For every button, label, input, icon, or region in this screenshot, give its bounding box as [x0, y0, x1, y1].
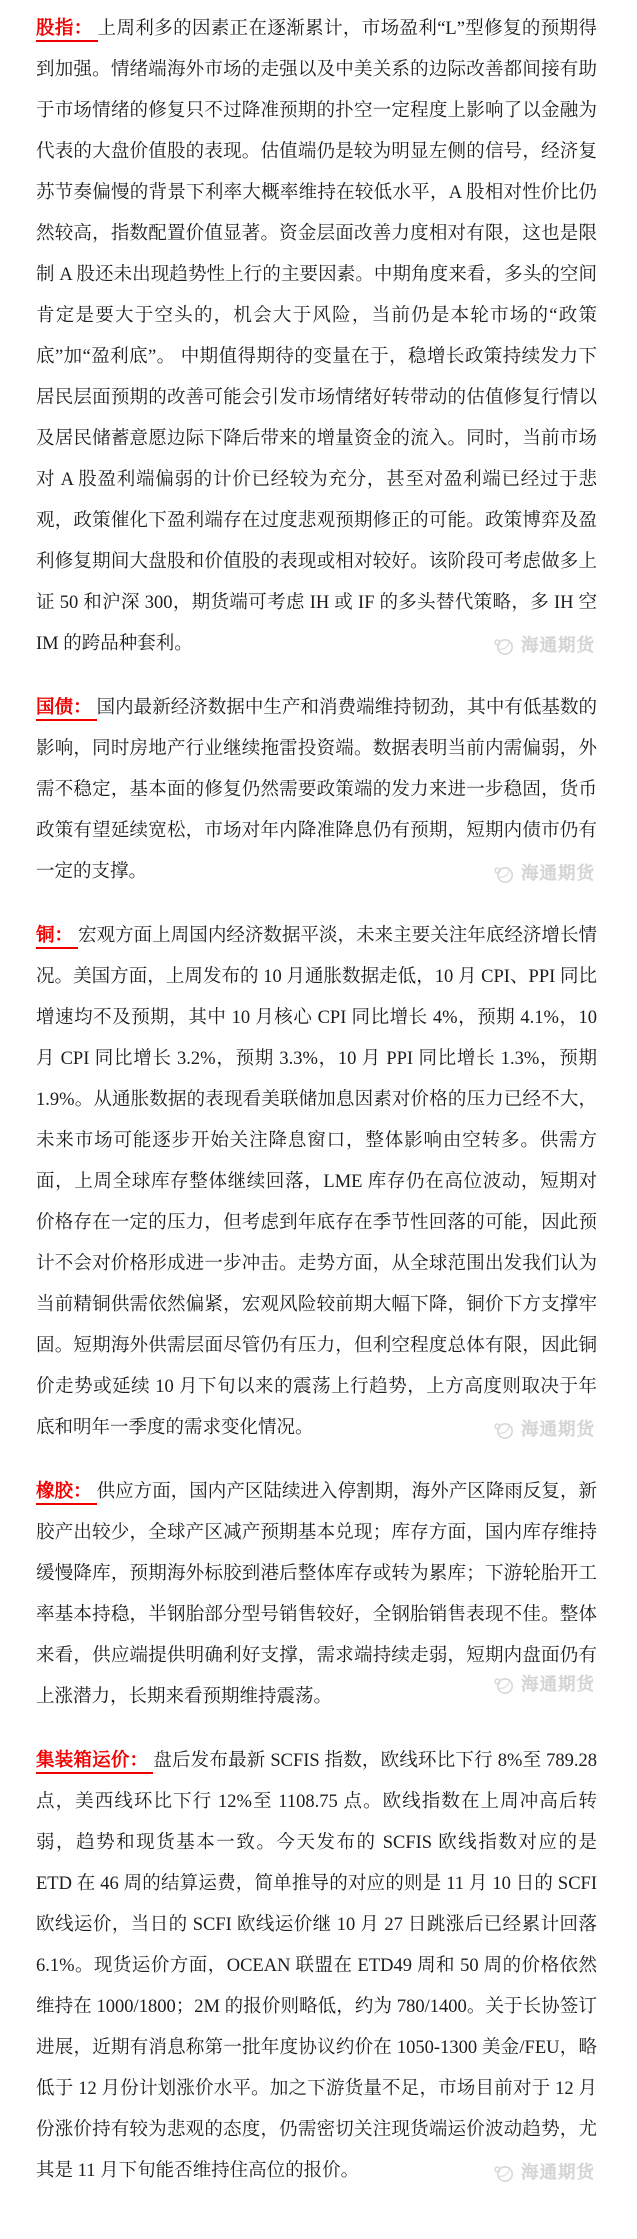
section-paragraph: 股指：上周利多的因素正在逐渐累计，市场盈利“L”型修复的预期得到加强。情绪端海外… [36, 9, 597, 665]
section-treasury-bonds: 国债：国内最新经济数据中生产和消费端维持韧劲，其中有低基数的影响，同时房地产行业… [36, 688, 597, 893]
section-label-rubber: 橡胶： [36, 1482, 97, 1505]
section-paragraph: 国债：国内最新经济数据中生产和消费端维持韧劲，其中有低基数的影响，同时房地产行业… [36, 688, 597, 893]
section-label-treasury-bonds: 国债： [36, 698, 97, 721]
article-page: 股指：上周利多的因素正在逐渐累计，市场盈利“L”型修复的预期得到加强。情绪端海外… [0, 0, 637, 2239]
section-rubber: 橡胶：供应方面，国内产区陆续进入停割期，海外产区降雨反复，新胶产出较少，全球产区… [36, 1472, 597, 1718]
section-paragraph: 集装箱运价：盘后发布最新 SCFIS 指数，欧线环比下行 8%至 789.28 … [36, 1741, 597, 2192]
section-text-container-freight: 盘后发布最新 SCFIS 指数，欧线环比下行 8%至 789.28 点，美西线环… [36, 1751, 597, 2181]
section-label-stock-index: 股指： [36, 19, 98, 42]
section-container-freight: 集装箱运价：盘后发布最新 SCFIS 指数，欧线环比下行 8%至 789.28 … [36, 1741, 597, 2192]
section-paragraph: 铜：宏观方面上周国内经济数据平淡，未来主要关注年底经济增长情况。美国方面，上周发… [36, 916, 597, 1449]
section-text-rubber: 供应方面，国内产区陆续进入停割期，海外产区降雨反复，新胶产出较少，全球产区减产预… [36, 1482, 597, 1707]
section-text-treasury-bonds: 国内最新经济数据中生产和消费端维持韧劲，其中有低基数的影响，同时房地产行业继续拖… [36, 698, 597, 882]
section-text-stock-index: 上周利多的因素正在逐渐累计，市场盈利“L”型修复的预期得到加强。情绪端海外市场的… [36, 19, 597, 654]
section-paragraph: 橡胶：供应方面，国内产区陆续进入停割期，海外产区降雨反复，新胶产出较少，全球产区… [36, 1472, 597, 1718]
section-stock-index: 股指：上周利多的因素正在逐渐累计，市场盈利“L”型修复的预期得到加强。情绪端海外… [36, 9, 597, 665]
section-label-container-freight: 集装箱运价： [36, 1751, 153, 1774]
section-label-copper: 铜： [36, 926, 78, 949]
section-text-copper: 宏观方面上周国内经济数据平淡，未来主要关注年底经济增长情况。美国方面，上周发布的… [36, 926, 597, 1438]
section-copper: 铜：宏观方面上周国内经济数据平淡，未来主要关注年底经济增长情况。美国方面，上周发… [36, 916, 597, 1449]
